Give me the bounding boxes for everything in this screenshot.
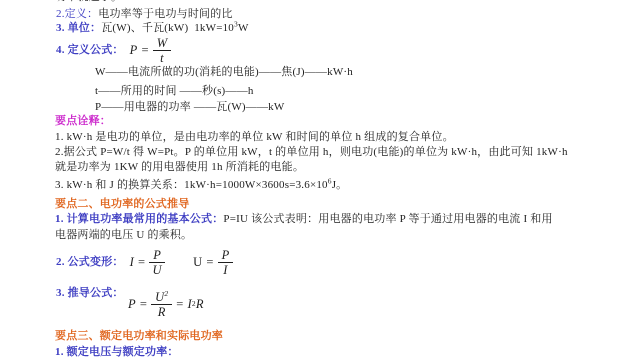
cutoff-text-line: 功率就越小。 — [55, 0, 122, 4]
section3-item1-line: 1. 额定电压与额定功率： — [55, 346, 179, 359]
unit-label: 3. 单位： — [56, 22, 101, 34]
note-3-tail: J。 — [332, 179, 348, 191]
note-2-line-1: 2.据公式 P=W/t 得 W=Pt。P 的单位用 kW，t 的单位用 h，则电… — [55, 146, 568, 159]
definition-text: 电功率等于电功与时间的比 — [98, 8, 232, 20]
fraction-numerator: U2 — [151, 291, 172, 305]
formula-lhs-P: P — [128, 298, 136, 311]
fraction-numerator: P — [218, 249, 234, 263]
numerator-base: U — [155, 290, 164, 304]
section2-item3-label-line: 3. 推导公式： — [56, 287, 124, 300]
fraction-denominator: t — [153, 51, 172, 64]
legend-P-line: P——用电器的功率 ——瓦(W)——kW — [95, 101, 284, 114]
section2-item1-text: P=IU 该公式表明：用电器的电功率 P 等于通过用电器的电流 I 和用 — [223, 213, 552, 225]
notes-heading: 要点诠释： — [55, 115, 111, 128]
legend-t-line: t——所用的时间 ——秒(s)——h — [95, 85, 254, 98]
rhs-tail: R — [196, 298, 204, 311]
section2-item2-line: 2. 公式变形： I = P U U = P I — [56, 247, 233, 277]
formula-U-equals-P-over-I: U = P I — [193, 249, 233, 276]
definition-line: 2.定义：电功率等于电功与时间的比 — [56, 8, 233, 21]
fraction-denominator: I — [218, 263, 234, 276]
fraction-P-over-U: P U — [149, 249, 165, 276]
section2-item1-line2: 电器两端的电压 U 的乘积。 — [55, 229, 192, 242]
formula-lhs: P — [130, 44, 138, 57]
unit-text: 瓦(W)、千瓦(kW) 1kW=10 — [101, 22, 234, 34]
section2-heading: 要点二、电功率的公式推导 — [55, 198, 189, 211]
equals-sign: = — [138, 256, 145, 269]
section2-item1-line1: 1. 计算电功率最常用的基本公式：P=IU 该公式表明：用电器的电功率 P 等于… — [55, 213, 553, 226]
section2-item3-label: 3. 推导公式： — [56, 287, 124, 299]
equals-sign: = — [206, 256, 213, 269]
section2-item1-label: 1. 计算电功率最常用的基本公式： — [55, 213, 223, 225]
formula-lhs-I: I — [130, 256, 134, 269]
formula-P-equals-W-over-t: P = W t — [130, 37, 172, 64]
equals-sign-2: = — [176, 298, 183, 311]
definition-label: 2.定义： — [56, 8, 98, 20]
unit-tail: W — [238, 22, 249, 34]
note-3: 3. kW·h 和 J 的换算关系：1kW·h=1000W×3600s=3.6×… — [55, 179, 347, 192]
formula-lhs-U: U — [193, 256, 202, 269]
unit-line: 3. 单位：瓦(W)、千瓦(kW) 1kW=103W — [56, 22, 249, 35]
numerator-exponent: 2 — [164, 288, 168, 297]
derived-formula-line: P = U2 R = I2R — [128, 289, 204, 319]
section3-item1-label: 1. 额定电压与额定功率： — [55, 346, 179, 358]
fraction-numerator: P — [149, 249, 165, 263]
legend-W-line: W——电流所做的功(消耗的电能)——焦(J)——kW·h — [95, 66, 353, 79]
fraction-denominator: U — [149, 263, 165, 276]
equals-sign: = — [140, 298, 147, 311]
definition-formula-line: 4. 定义公式： P = W t — [56, 37, 171, 64]
note-2-line-2: 就是功率为 1KW 的用电器使用 1h 所消耗的电能。 — [55, 161, 304, 174]
note-1: 1. kW·h 是电功的单位，是由电功率的单位 kW 和时间的单位 h 组成的复… — [55, 131, 454, 144]
section2-item2-label: 2. 公式变形： — [56, 256, 124, 269]
fraction-numerator: W — [153, 37, 172, 51]
fraction-P-over-I: P I — [218, 249, 234, 276]
document-page: 功率就越小。 2.定义：电功率等于电功与时间的比 3. 单位：瓦(W)、千瓦(k… — [0, 0, 640, 360]
note-3-text: 3. kW·h 和 J 的换算关系：1kW·h=1000W×3600s=3.6×… — [55, 179, 328, 191]
section3-heading: 要点三、额定电功率和实际电功率 — [55, 330, 223, 343]
fraction-U2-over-R: U2 R — [151, 291, 172, 318]
formula-P-equals-U2-over-R: P = U2 R = I2R — [128, 291, 204, 318]
fraction-W-over-t: W t — [153, 37, 172, 64]
equals-sign: = — [141, 44, 148, 57]
definition-formula-label: 4. 定义公式： — [56, 44, 124, 57]
formula-I-equals-P-over-U: I = P U — [130, 249, 165, 276]
fraction-denominator: R — [151, 305, 172, 318]
